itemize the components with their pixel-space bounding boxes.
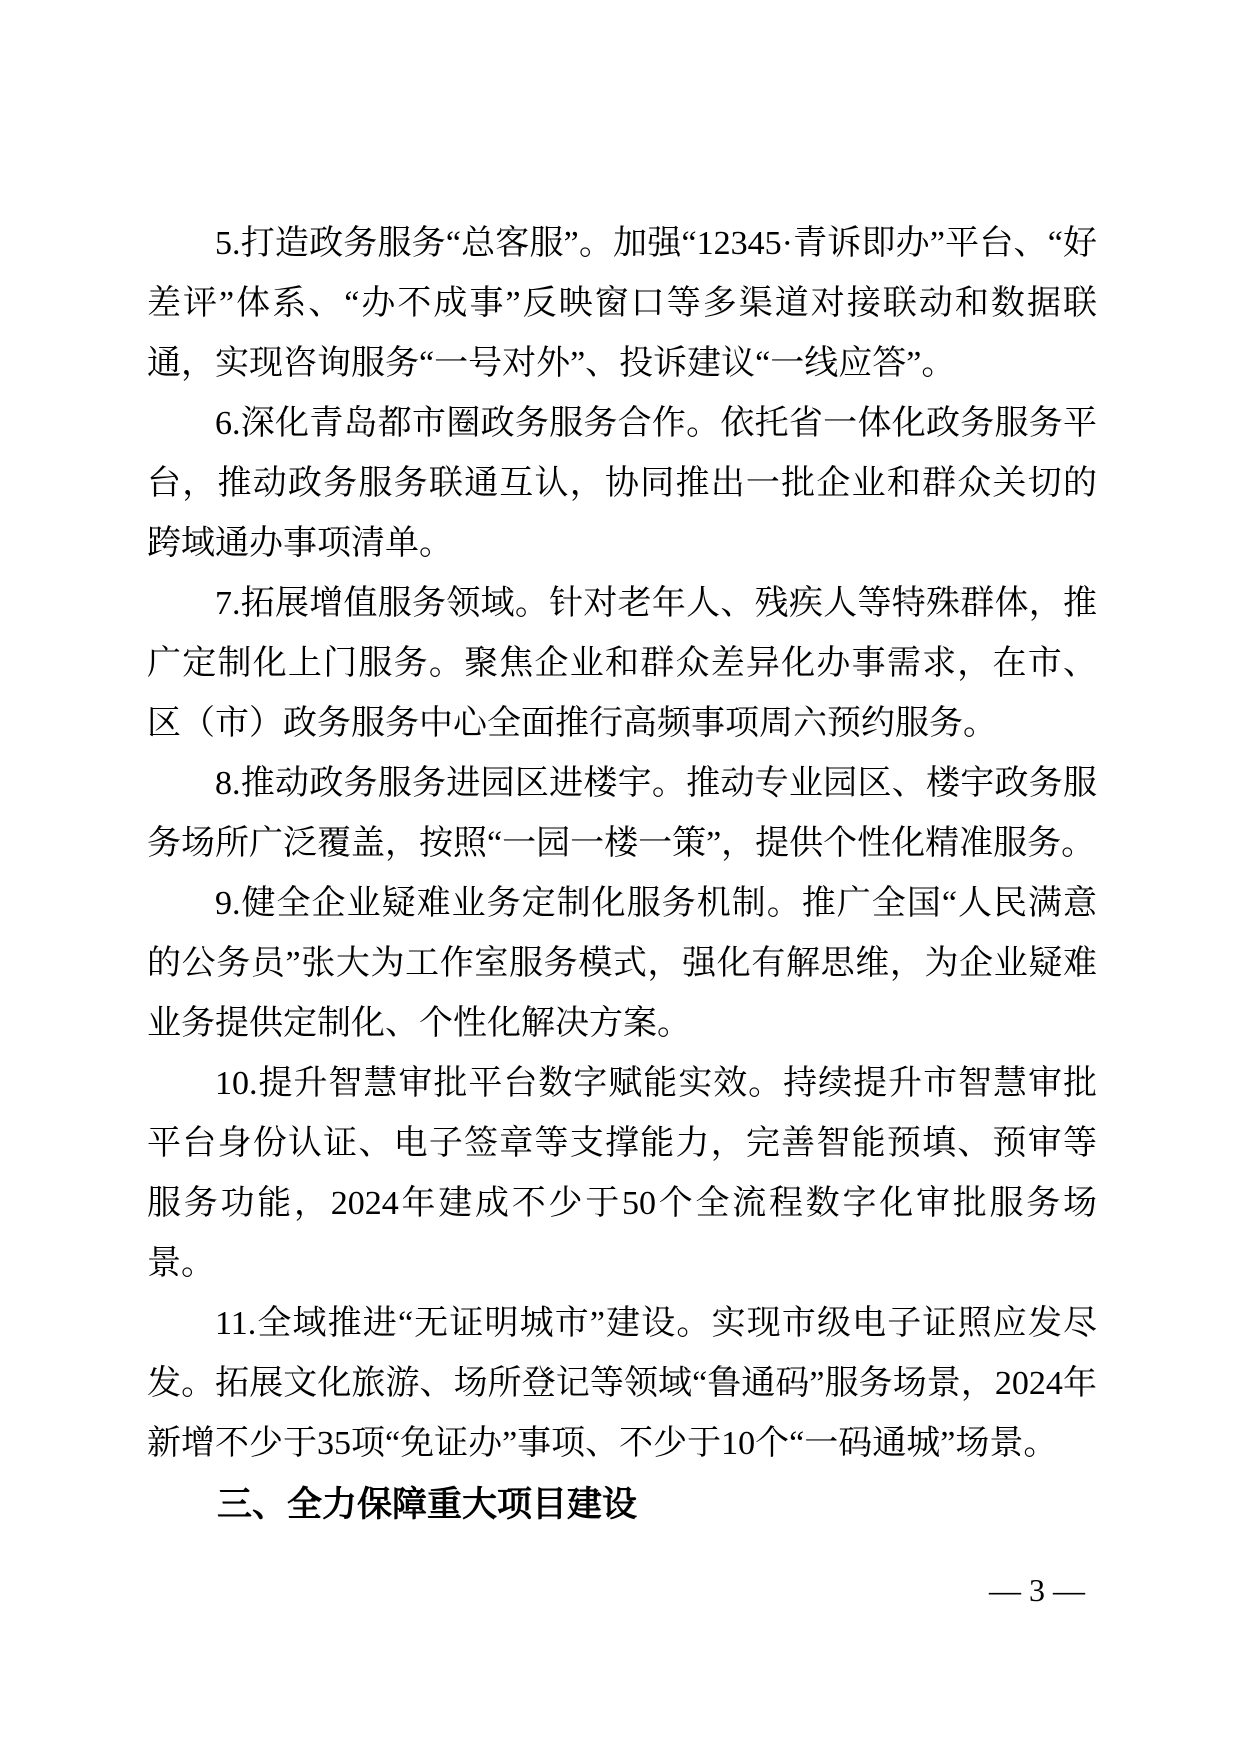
paragraph-item-8: 8.推动政务服务进园区进楼宇。推动专业园区、楼宇政务服务场所广泛覆盖，按照“一园… [147, 754, 1097, 874]
paragraph-item-10: 10.提升智慧审批平台数字赋能实效。持续提升市智慧审批平台身份认证、电子签章等支… [147, 1054, 1097, 1294]
paragraph-item-6: 6.深化青岛都市圈政务服务合作。依托省一体化政务服务平台，推动政务服务联通互认，… [147, 394, 1097, 574]
document-page: 5.打造政务服务“总客服”。加强“12345·青诉即办”平台、“好差评”体系、“… [0, 0, 1241, 1754]
paragraph-item-5: 5.打造政务服务“总客服”。加强“12345·青诉即办”平台、“好差评”体系、“… [147, 214, 1097, 394]
paragraph-item-9: 9.健全企业疑难业务定制化服务机制。推广全国“人民满意的公务员”张大为工作室服务… [147, 874, 1097, 1054]
document-body: 5.打造政务服务“总客服”。加强“12345·青诉即办”平台、“好差评”体系、“… [147, 214, 1097, 1536]
paragraph-item-7: 7.拓展增值服务领域。针对老年人、残疾人等特殊群体，推广定制化上门服务。聚焦企业… [147, 574, 1097, 754]
section-heading: 三、全力保障重大项目建设 [147, 1474, 1097, 1536]
paragraph-item-11: 11.全域推进“无证明城市”建设。实现市级电子证照应发尽发。拓展文化旅游、场所登… [147, 1294, 1097, 1474]
page-number: — 3 — [989, 1572, 1085, 1608]
